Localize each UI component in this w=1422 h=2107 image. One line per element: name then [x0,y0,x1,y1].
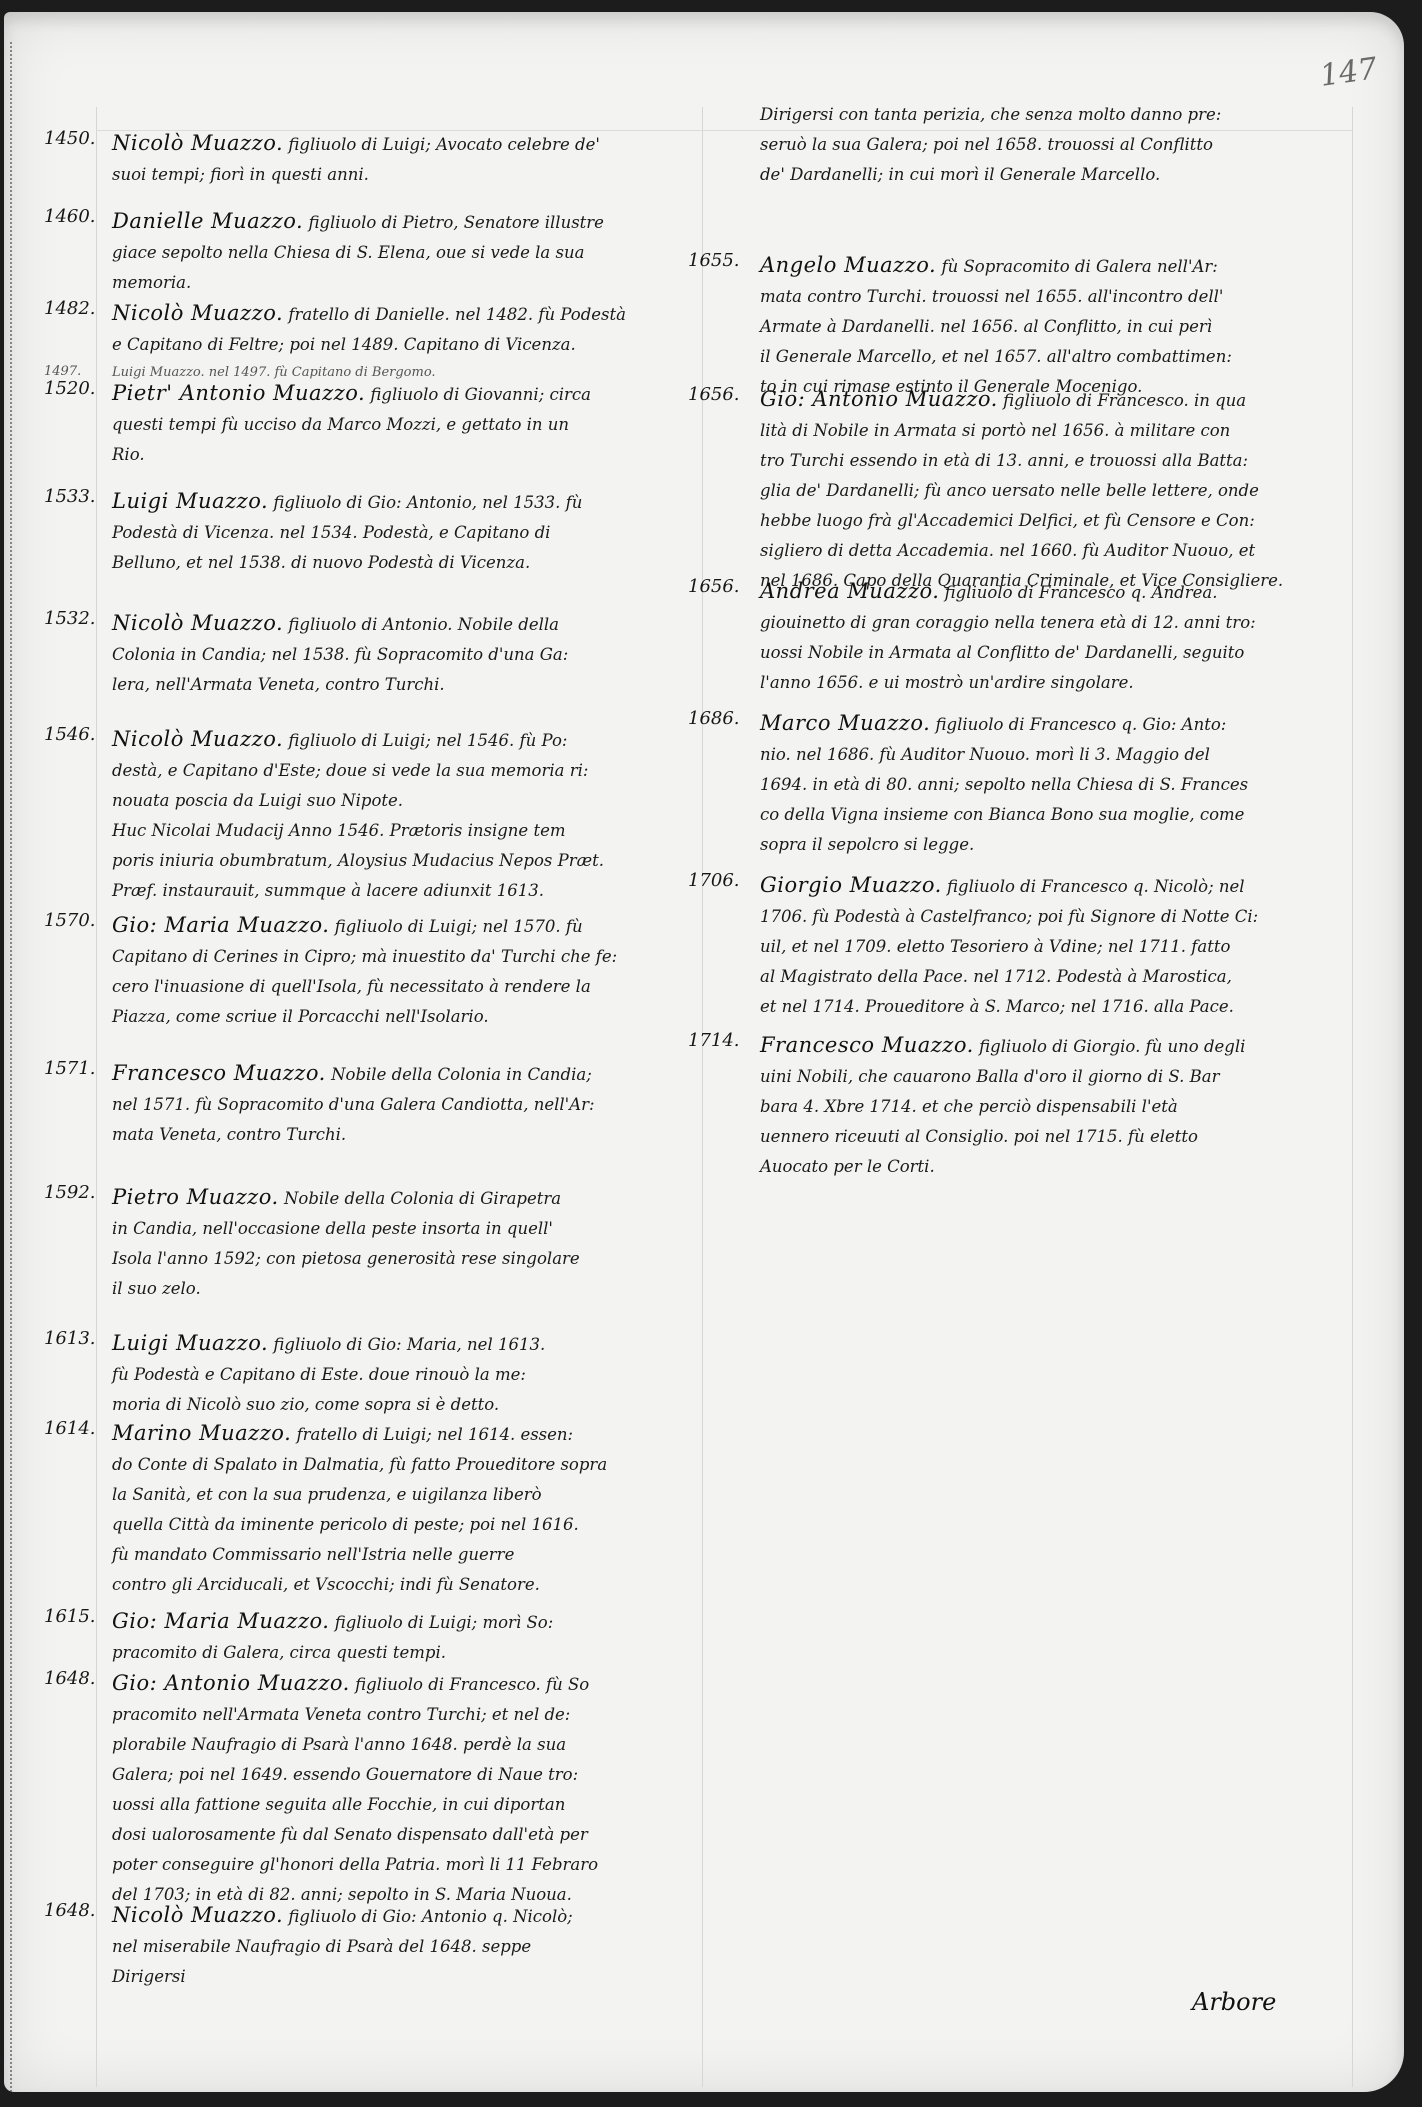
entry-text: Pietro Muazzo. Nobile della Colonia di G… [112,1182,684,1304]
entry-line: cero l'inuasione di quell'Isola, fù nece… [112,972,684,1002]
entry-text: Nicolò Muazzo. figliuolo di Luigi; nel 1… [112,724,684,906]
line-text: figliuolo di Francesco. in qua [1003,391,1246,410]
entry-line: Nicolò Muazzo. figliuolo di Luigi; nel 1… [112,724,684,756]
line-text: tro Turchi essendo in età di 13. anni, e… [760,451,1248,470]
entry-line: l'anno 1656. e ui mostrò un'ardire singo… [760,668,1340,698]
entry-line: Gio: Maria Muazzo. figliuolo di Luigi; n… [112,910,684,942]
entry-text: Marino Muazzo. fratello di Luigi; nel 16… [112,1418,684,1600]
line-text: poris iniuria obumbratum, Aloysius Mudac… [112,851,604,870]
entry-line: Nicolò Muazzo. fratello di Danielle. nel… [112,298,684,330]
line-text: il suo zelo. [112,1279,201,1298]
person-name: Pietr' Antonio Muazzo. [112,381,365,405]
person-name: Nicolò Muazzo. [112,301,283,325]
line-text: il Generale Marcello, et nel 1657. all'a… [760,347,1232,366]
person-name: Gio: Antonio Muazzo. [112,1671,350,1695]
line-text: nio. nel 1686. fù Auditor Nuouo. morì li… [760,745,1210,764]
line-text: figliuolo di Francesco q. Gio: Anto: [936,715,1227,734]
line-text: nel miserabile Naufragio di Psarà del 16… [112,1937,531,1956]
continuation-entry: Dirigersi con tanta perizia, che senza m… [700,100,1340,190]
line-text: Huc Nicolai Mudacij Anno 1546. Prætoris … [112,821,565,840]
line-text: contro gli Arciducali, et Vscocchi; indi… [112,1575,540,1594]
entry-line: Dirigersi con tanta perizia, che senza m… [760,100,1340,130]
person-name: Gio: Maria Muazzo. [112,913,329,937]
line-text: figliuolo di Francesco q. Nicolò; nel [947,877,1245,896]
line-text: Rio. [112,445,145,464]
entry-line: pracomito nell'Armata Veneta contro Turc… [112,1700,684,1730]
line-text: seruò la sua Galera; poi nel 1658. trouo… [760,135,1213,154]
entry-line: Nicolò Muazzo. figliuolo di Luigi; Avoca… [112,128,684,160]
entry-year: 1482. [44,298,112,319]
entry-text: Angelo Muazzo. fù Sopracomito di Galera … [760,250,1340,402]
entry-year: 1706. [688,870,756,891]
line-text: uossi alla fattione seguita alle Focchie… [112,1795,565,1814]
person-name: Giorgio Muazzo. [760,873,942,897]
line-text: co della Vigna insieme con Bianca Bono s… [760,805,1244,824]
entry-line: Nicolò Muazzo. figliuolo di Antonio. Nob… [112,608,684,640]
entry-year: 1648. [44,1668,112,1689]
entry-line: Gio: Antonio Muazzo. figliuolo di France… [112,1668,684,1700]
person-name: Luigi Muazzo. [112,489,268,513]
line-text: figliuolo di Luigi; nel 1570. fù [335,917,583,936]
entry-year: 1520. [44,378,112,399]
line-text: 1706. fù Podestà à Castelfranco; poi fù … [760,907,1258,926]
line-text: Nobile della Colonia di Girapetra [284,1189,561,1208]
line-text: hebbe luogo frà gl'Accademici Delfici, e… [760,511,1255,530]
entry-line: e Capitano di Feltre; poi nel 1489. Capi… [112,330,684,360]
line-text: mata contro Turchi. trouossi nel 1655. a… [760,287,1223,306]
entry-year: 1532. [44,608,112,629]
line-text: giace sepolto nella Chiesa di S. Elena, … [112,243,584,262]
entry-line: Podestà di Vicenza. nel 1534. Podestà, e… [112,518,684,548]
entry-line: Piazza, come scriue il Porcacchi nell'Is… [112,1002,684,1032]
line-text: Galera; poi nel 1649. essendo Gouernator… [112,1765,578,1784]
person-name: Marco Muazzo. [760,711,930,735]
entry-line: moria di Nicolò suo zio, come sopra si è… [112,1390,684,1420]
entry-year: 1571. [44,1058,112,1079]
entry-line: tro Turchi essendo in età di 13. anni, e… [760,446,1340,476]
line-text: Nobile della Colonia in Candia; [331,1065,592,1084]
line-text: uennero riceuuti al Consiglio. poi nel 1… [760,1127,1198,1146]
entry-line: Dirigersi [112,1962,684,1992]
entry-line: hebbe luogo frà gl'Accademici Delfici, e… [760,506,1340,536]
biographical-entry: 1570.Gio: Maria Muazzo. figliuolo di Lui… [44,910,684,1032]
entry-line: do Conte di Spalato in Dalmatia, fù fatt… [112,1450,684,1480]
entry-line: Francesco Muazzo. Nobile della Colonia i… [112,1058,684,1090]
entry-line: Gio: Maria Muazzo. figliuolo di Luigi; m… [112,1606,684,1638]
entry-line: mata Veneta, contro Turchi. [112,1120,684,1150]
entry-line: Marco Muazzo. figliuolo di Francesco q. … [760,708,1340,740]
entry-text: Nicolò Muazzo. figliuolo di Gio: Antonio… [112,1900,684,1992]
line-text: uossi Nobile in Armata al Conflitto de' … [760,643,1244,662]
line-text: destà, e Capitano d'Este; doue si vede l… [112,761,588,780]
entry-line: Danielle Muazzo. figliuolo di Pietro, Se… [112,206,684,238]
line-text: moria di Nicolò suo zio, come sopra si è… [112,1395,499,1414]
line-text: cero l'inuasione di quell'Isola, fù nece… [112,977,591,996]
entry-line: Marino Muazzo. fratello di Luigi; nel 16… [112,1418,684,1450]
biographical-entry: 1450.Nicolò Muazzo. figliuolo di Luigi; … [44,128,684,190]
line-text: uil, et nel 1709. eletto Tesoriero à Vdi… [760,937,1230,956]
line-text: bara 4. Xbre 1714. et che perciò dispens… [760,1097,1178,1116]
line-text: dosi ualorosamente fù dal Senato dispens… [112,1825,588,1844]
entry-line: Auocato per le Corti. [760,1152,1340,1182]
line-text: nel 1571. fù Sopracomito d'una Galera Ca… [112,1095,595,1114]
entry-year: 1615. [44,1606,112,1627]
entry-line: Angelo Muazzo. fù Sopracomito di Galera … [760,250,1340,282]
line-text: lera, nell'Armata Veneta, contro Turchi. [112,675,445,694]
line-text: plorabile Naufragio di Psarà l'anno 1648… [112,1735,566,1754]
entry-line: in Candia, nell'occasione della peste in… [112,1214,684,1244]
entry-text: Gio: Antonio Muazzo. figliuolo di France… [760,384,1340,596]
line-text: uini Nobili, che cauarono Balla d'oro il… [760,1067,1219,1086]
line-text: figliuolo di Luigi; Avocato celebre de' [288,135,600,154]
biographical-entry: 1714.Francesco Muazzo. figliuolo di Gior… [700,1030,1340,1182]
line-text: figliuolo di Gio: Antonio, nel 1533. fù [273,493,582,512]
entry-text: Nicolò Muazzo. fratello di Danielle. nel… [112,298,684,360]
entry-year: 1450. [44,128,112,149]
entry-text: Pietr' Antonio Muazzo. figliuolo di Giov… [112,378,684,470]
person-name: Nicolò Muazzo. [112,611,283,635]
entry-line: Francesco Muazzo. figliuolo di Giorgio. … [760,1030,1340,1062]
biographical-entry: 1482.Nicolò Muazzo. fratello di Danielle… [44,298,684,360]
entry-text: Luigi Muazzo. figliuolo di Gio: Maria, n… [112,1328,684,1420]
person-name: Gio: Maria Muazzo. [112,1609,329,1633]
line-text: quella Città da iminente pericolo di pes… [112,1515,579,1534]
person-name: Francesco Muazzo. [760,1033,974,1057]
person-name: Danielle Muazzo. [112,209,303,233]
line-text: Piazza, come scriue il Porcacchi nell'Is… [112,1007,489,1026]
entry-year: 1570. [44,910,112,931]
entry-line: fù mandato Commissario nell'Istria nelle… [112,1540,684,1570]
line-text: la Sanità, et con la sua prudenza, e uig… [112,1485,542,1504]
entry-year: 1497. [44,364,112,379]
person-name: Nicolò Muazzo. [112,727,283,751]
entry-year: 1592. [44,1182,112,1203]
entry-line: Gio: Antonio Muazzo. figliuolo di France… [760,384,1340,416]
entry-line: Isola l'anno 1592; con pietosa generosit… [112,1244,684,1274]
entry-year: 1546. [44,724,112,745]
entry-year: 1648. [44,1900,112,1921]
entry-year: 1656. [688,384,756,405]
entry-line: poris iniuria obumbratum, Aloysius Mudac… [112,846,684,876]
entry-line: uini Nobili, che cauarono Balla d'oro il… [760,1062,1340,1092]
line-text: Dirigersi [112,1967,186,1986]
line-text: figliuolo di Gio: Antonio q. Nicolò; [288,1907,572,1926]
entry-text: Gio: Maria Muazzo. figliuolo di Luigi; n… [112,910,684,1032]
entry-text: Nicolò Muazzo. figliuolo di Luigi; Avoca… [112,128,684,190]
biographical-entry: 1648.Gio: Antonio Muazzo. figliuolo di F… [44,1668,684,1910]
entry-line: quella Città da iminente pericolo di pes… [112,1510,684,1540]
entry-line: 1706. fù Podestà à Castelfranco; poi fù … [760,902,1340,932]
line-text: de' Dardanelli; in cui morì il Generale … [760,165,1160,184]
entry-line: Præf. instaurauit, summque à lacere adiu… [112,876,684,906]
person-name: Nicolò Muazzo. [112,131,283,155]
line-text: pracomito nell'Armata Veneta contro Turc… [112,1705,570,1724]
biographical-entry: 1532.Nicolò Muazzo. figliuolo di Antonio… [44,608,684,700]
biographical-entry: 1655.Angelo Muazzo. fù Sopracomito di Ga… [700,250,1340,402]
entry-text: Luigi Muazzo. figliuolo di Gio: Antonio,… [112,486,684,578]
biographical-entry: 1520.Pietr' Antonio Muazzo. figliuolo di… [44,378,684,470]
entry-year: 1533. [44,486,112,507]
entry-line: Andrea Muazzo. figliuolo di Francesco q.… [760,576,1340,608]
line-text: 1694. in età di 80. anni; sepolto nella … [760,775,1248,794]
person-name: Luigi Muazzo. [112,1331,268,1355]
entry-line: Armate à Dardanelli. nel 1656. al Confli… [760,312,1340,342]
line-text: Belluno, et nel 1538. di nuovo Podestà d… [112,553,530,572]
entry-line: giouinetto di gran coraggio nella tenera… [760,608,1340,638]
line-text: lità di Nobile in Armata si portò nel 16… [760,421,1230,440]
line-text: Isola l'anno 1592; con pietosa generosit… [112,1249,580,1268]
entry-year: 1460. [44,206,112,227]
catchword: Arbore [1192,1988,1276,2016]
entry-line: sopra il sepolcro si legge. [760,830,1340,860]
line-text: figliuolo di Luigi; morì So: [335,1613,554,1632]
biographical-entry: 1686.Marco Muazzo. figliuolo di Francesc… [700,708,1340,860]
entry-text: Marco Muazzo. figliuolo di Francesco q. … [760,708,1340,860]
entry-line: Belluno, et nel 1538. di nuovo Podestà d… [112,548,684,578]
entry-text: Gio: Maria Muazzo. figliuolo di Luigi; m… [112,1606,684,1668]
line-text: glia de' Dardanelli; fù anco uersato nel… [760,481,1259,500]
biographical-entry: 1533.Luigi Muazzo. figliuolo di Gio: Ant… [44,486,684,578]
line-text: figliuolo di Giovanni; circa [370,385,591,404]
entry-line: memoria. [112,268,684,298]
entry-line: Capitano di Cerines in Cipro; mà inuesti… [112,942,684,972]
line-text: Capitano di Cerines in Cipro; mà inuesti… [112,947,617,966]
line-text: memoria. [112,273,191,292]
entry-year: 1614. [44,1418,112,1439]
entry-year: 1613. [44,1328,112,1349]
line-text: fù mandato Commissario nell'Istria nelle… [112,1545,514,1564]
entry-text: Dirigersi con tanta perizia, che senza m… [760,100,1340,190]
line-text: sigliero di detta Accademia. nel 1660. f… [760,541,1255,560]
line-text: fratello di Luigi; nel 1614. essen: [297,1425,574,1444]
line-text: pracomito di Galera, circa questi tempi. [112,1643,446,1662]
line-text: Dirigersi con tanta perizia, che senza m… [760,105,1221,124]
entry-line: mata contro Turchi. trouossi nel 1655. a… [760,282,1340,312]
entry-line: nel miserabile Naufragio di Psarà del 16… [112,1932,684,1962]
line-text: Armate à Dardanelli. nel 1656. al Confli… [760,317,1212,336]
entry-line: uossi alla fattione seguita alle Focchie… [112,1790,684,1820]
entry-line: uennero riceuuti al Consiglio. poi nel 1… [760,1122,1340,1152]
biographical-entry: 1706.Giorgio Muazzo. figliuolo di France… [700,870,1340,1022]
line-text: poter conseguire gl'honori della Patria.… [112,1855,598,1874]
entry-line: Giorgio Muazzo. figliuolo di Francesco q… [760,870,1340,902]
entry-line: nio. nel 1686. fù Auditor Nuouo. morì li… [760,740,1340,770]
line-text: fù Podestà e Capitano di Este. doue rino… [112,1365,526,1384]
line-text: al Magistrato della Pace. nel 1712. Pode… [760,967,1232,986]
entry-text: Nicolò Muazzo. figliuolo di Antonio. Nob… [112,608,684,700]
person-name: Francesco Muazzo. [112,1061,326,1085]
line-text: suoi tempi; fiorì in questi anni. [112,165,369,184]
entry-line: suoi tempi; fiorì in questi anni. [112,160,684,190]
entry-text: Francesco Muazzo. figliuolo di Giorgio. … [760,1030,1340,1182]
entry-line: uil, et nel 1709. eletto Tesoriero à Vdi… [760,932,1340,962]
entry-line: giace sepolto nella Chiesa di S. Elena, … [112,238,684,268]
line-text: e Capitano di Feltre; poi nel 1489. Capi… [112,335,576,354]
entry-line: plorabile Naufragio di Psarà l'anno 1648… [112,1730,684,1760]
entry-text: Gio: Antonio Muazzo. figliuolo di France… [112,1668,684,1910]
entry-line: destà, e Capitano d'Este; doue si vede l… [112,756,684,786]
entry-text: Francesco Muazzo. Nobile della Colonia i… [112,1058,684,1150]
entry-year: 1686. [688,708,756,729]
entry-line: sigliero di detta Accademia. nel 1660. f… [760,536,1340,566]
entry-line: Colonia in Candia; nel 1538. fù Sopracom… [112,640,684,670]
entry-line: Galera; poi nel 1649. essendo Gouernator… [112,1760,684,1790]
entry-line: il Generale Marcello, et nel 1657. all'a… [760,342,1340,372]
entry-line: nel 1571. fù Sopracomito d'una Galera Ca… [112,1090,684,1120]
line-text: et nel 1714. Proueditore à S. Marco; nel… [760,997,1234,1016]
entry-line: la Sanità, et con la sua prudenza, e uig… [112,1480,684,1510]
line-text: figliuolo di Francesco. fù So [355,1675,589,1694]
biographical-entry: 1648.Nicolò Muazzo. figliuolo di Gio: An… [44,1900,684,1992]
entry-line: de' Dardanelli; in cui morì il Generale … [760,160,1340,190]
biographical-entry: 1615.Gio: Maria Muazzo. figliuolo di Lui… [44,1606,684,1668]
biographical-entry: 1546.Nicolò Muazzo. figliuolo di Luigi; … [44,724,684,906]
line-text: figliuolo di Luigi; nel 1546. fù Po: [288,731,567,750]
line-text: questi tempi fù ucciso da Marco Mozzi, e… [112,415,569,434]
entry-line: lità di Nobile in Armata si portò nel 16… [760,416,1340,446]
line-text: Præf. instaurauit, summque à lacere adiu… [112,881,544,900]
entry-line: Pietr' Antonio Muazzo. figliuolo di Giov… [112,378,684,410]
biographical-entry: 1571.Francesco Muazzo. Nobile della Colo… [44,1058,684,1150]
line-text: figliuolo di Gio: Maria, nel 1613. [273,1335,545,1354]
entry-line: lera, nell'Armata Veneta, contro Turchi. [112,670,684,700]
line-text: figliuolo di Antonio. Nobile della [288,615,559,634]
entry-line: pracomito di Galera, circa questi tempi. [112,1638,684,1668]
entry-line: il suo zelo. [112,1274,684,1304]
line-text: mata Veneta, contro Turchi. [112,1125,346,1144]
entry-line: questi tempi fù ucciso da Marco Mozzi, e… [112,410,684,440]
entry-line: Luigi Muazzo. figliuolo di Gio: Maria, n… [112,1328,684,1360]
right-margin-rule [1352,107,1353,2087]
entry-line: co della Vigna insieme con Bianca Bono s… [760,800,1340,830]
biographical-entry: 1656.Gio: Antonio Muazzo. figliuolo di F… [700,384,1340,596]
entry-line: al Magistrato della Pace. nel 1712. Pode… [760,962,1340,992]
line-text: do Conte di Spalato in Dalmatia, fù fatt… [112,1455,607,1474]
entry-line: dosi ualorosamente fù dal Senato dispens… [112,1820,684,1850]
person-name: Andrea Muazzo. [760,579,939,603]
entry-line: uossi Nobile in Armata al Conflitto de' … [760,638,1340,668]
entry-year: 1656. [688,576,756,597]
entry-text: Danielle Muazzo. figliuolo di Pietro, Se… [112,206,684,298]
person-name: Marino Muazzo. [112,1421,291,1445]
line-text: l'anno 1656. e ui mostrò un'ardire singo… [760,673,1134,692]
line-text: nouata poscia da Luigi suo Nipote. [112,791,403,810]
line-text: fratello di Danielle. nel 1482. fù Podes… [288,305,626,324]
entry-line: Nicolò Muazzo. figliuolo di Gio: Antonio… [112,1900,684,1932]
binding-edge [10,42,18,2092]
entry-text: Andrea Muazzo. figliuolo di Francesco q.… [760,576,1340,698]
biographical-entry: 1592.Pietro Muazzo. Nobile della Colonia… [44,1182,684,1304]
line-text: Auocato per le Corti. [760,1157,935,1176]
entry-year: 1714. [688,1030,756,1051]
line-text: giouinetto di gran coraggio nella tenera… [760,613,1256,632]
line-text: fù Sopracomito di Galera nell'Ar: [941,257,1217,276]
entry-line: poter conseguire gl'honori della Patria.… [112,1850,684,1880]
entry-text: Giorgio Muazzo. figliuolo di Francesco q… [760,870,1340,1022]
biographical-entry: 1614.Marino Muazzo. fratello di Luigi; n… [44,1418,684,1600]
entry-line: seruò la sua Galera; poi nel 1658. trouo… [760,130,1340,160]
person-name: Gio: Antonio Muazzo. [760,387,998,411]
line-text: Colonia in Candia; nel 1538. fù Sopracom… [112,645,568,664]
biographical-entry: 1613.Luigi Muazzo. figliuolo di Gio: Mar… [44,1328,684,1420]
biographical-entry: 1460.Danielle Muazzo. figliuolo di Pietr… [44,206,684,298]
person-name: Pietro Muazzo. [112,1185,279,1209]
entry-line: Huc Nicolai Mudacij Anno 1546. Prætoris … [112,816,684,846]
line-text: figliuolo di Pietro, Senatore illustre [308,213,604,232]
entry-line: contro gli Arciducali, et Vscocchi; indi… [112,1570,684,1600]
entry-line: Luigi Muazzo. figliuolo di Gio: Antonio,… [112,486,684,518]
line-text: in Candia, nell'occasione della peste in… [112,1219,553,1238]
entry-line: fù Podestà e Capitano di Este. doue rino… [112,1360,684,1390]
line-text: figliuolo di Giorgio. fù uno degli [979,1037,1245,1056]
entry-year: 1655. [688,250,756,271]
line-text: sopra il sepolcro si legge. [760,835,974,854]
entry-line: glia de' Dardanelli; fù anco uersato nel… [760,476,1340,506]
entry-line: Rio. [112,440,684,470]
entry-line: Pietro Muazzo. Nobile della Colonia di G… [112,1182,684,1214]
person-name: Nicolò Muazzo. [112,1903,283,1927]
biographical-entry: 1656.Andrea Muazzo. figliuolo di Frances… [700,576,1340,698]
entry-line: 1694. in età di 80. anni; sepolto nella … [760,770,1340,800]
line-text: Podestà di Vicenza. nel 1534. Podestà, e… [112,523,550,542]
entry-line: et nel 1714. Proueditore à S. Marco; nel… [760,992,1340,1022]
entry-line: nouata poscia da Luigi suo Nipote. [112,786,684,816]
entry-line: bara 4. Xbre 1714. et che perciò dispens… [760,1092,1340,1122]
line-text: figliuolo di Francesco q. Andrea. [945,583,1218,602]
person-name: Angelo Muazzo. [760,253,936,277]
